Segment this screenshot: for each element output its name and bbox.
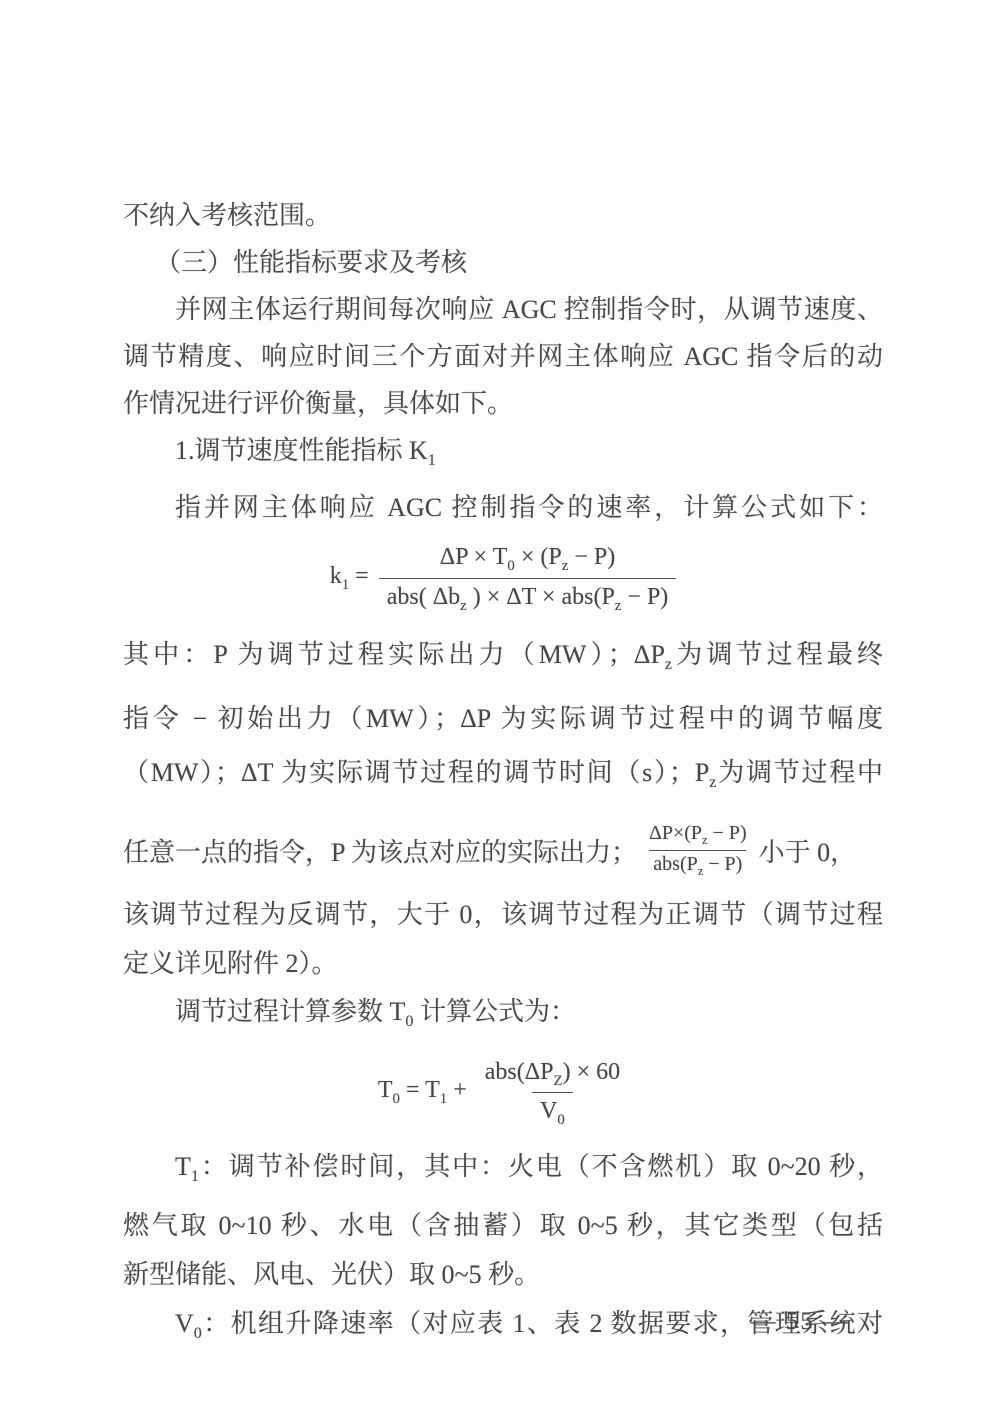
- paragraph-definitions-line-2: 指令 − 初始出力（MW）；ΔP 为实际调节过程中的调节幅度: [123, 692, 883, 746]
- subscript: 1: [191, 1168, 199, 1185]
- paragraph-t1-line-2: 燃气取 0~10 秒、水电（含抽蓄）取 0~5 秒，其它类型（包括: [123, 1201, 883, 1250]
- line-exclusion-note: 不纳入考核范围。: [123, 192, 883, 239]
- subscript: 1: [428, 452, 436, 469]
- subscript: 0: [194, 1326, 202, 1343]
- heading-k1-text: 1.调节速度性能指标 K: [175, 436, 428, 465]
- formula-t0: T0 = T1 + abs(ΔPZ) × 60 V0: [123, 1056, 883, 1131]
- formula-k1-denominator: abs( Δbz ) × ΔT × abs(Pz − P): [379, 578, 677, 616]
- subscript: 0: [557, 1112, 564, 1128]
- paragraph-definitions-line-5: 该调节过程为反调节，大于 0，该调节过程为正调节（调节过程: [123, 890, 883, 939]
- paragraph-definitions-line-6: 定义详见附件 2）。: [123, 939, 883, 988]
- formula-k1-lhs: k1 =: [330, 563, 369, 594]
- document-page: 不纳入考核范围。 （三）性能指标要求及考核 并网主体运行期间每次响应 AGC 控…: [0, 0, 1000, 1414]
- paragraph-intro-line-2: 调节精度、响应时间三个方面对并网主体响应 AGC 指令后的动: [123, 333, 883, 380]
- subscript: z: [665, 656, 672, 673]
- heading-k1-indicator: 1.调节速度性能指标 K1: [123, 427, 883, 484]
- subscript: 0: [507, 558, 514, 574]
- inline-fraction: ΔP×(Pz − P) abs(Pz − P): [645, 821, 751, 879]
- document-body: 不纳入考核范围。 （三）性能指标要求及考核 并网主体运行期间每次响应 AGC 控…: [123, 192, 883, 1359]
- paragraph-t1-line-1: T1：调节补偿时间，其中：火电（不含燃机）取 0~20 秒，: [123, 1142, 883, 1201]
- formula-k1: k1 = ΔP × T0 × (Pz − P) abs( Δbz ) × ΔT …: [123, 541, 883, 616]
- subscript: z: [460, 598, 467, 614]
- inline-fraction-numerator: ΔP×(Pz − P): [645, 821, 751, 850]
- heading-section-3: （三）性能指标要求及考核: [123, 239, 883, 286]
- formula-t0-fraction: abs(ΔPZ) × 60 V0: [477, 1056, 628, 1131]
- inline-text-after-fraction: 小于 0，: [759, 832, 857, 869]
- paragraph-intro-line-3: 作情况进行评价衡量，具体如下。: [123, 380, 883, 427]
- subscript: Z: [554, 1072, 563, 1088]
- paragraph-t0-intro: 调节过程计算参数 T0 计算公式为：: [123, 988, 883, 1045]
- paragraph-k1-desc: 指并网主体响应 AGC 控制指令的速率，计算公式如下：: [123, 484, 883, 531]
- inline-text-before-fraction: 任意一点的指令，P 为该点对应的实际出力；: [123, 832, 637, 869]
- paragraph-t1-line-3: 新型储能、风电、光伏）取 0~5 秒。: [123, 1250, 883, 1299]
- formula-t0-numerator: abs(ΔPZ) × 60: [477, 1056, 628, 1093]
- paragraph-definitions-line-3: （MW）；ΔT 为实际调节过程的调节时间（s）；Pz为调节过程中: [123, 746, 883, 810]
- formula-k1-fraction: ΔP × T0 × (Pz − P) abs( Δbz ) × ΔT × abs…: [379, 541, 677, 616]
- paragraph-definitions-line-1: 其中：P 为调节过程实际出力（MW）；ΔPz为调节过程最终: [123, 628, 883, 692]
- formula-t0-lhs: T0 = T1 +: [378, 1077, 467, 1108]
- inline-fraction-denominator: abs(Pz − P): [649, 850, 746, 880]
- paragraph-definitions-line-4: 任意一点的指令，P 为该点对应的实际出力； ΔP×(Pz − P) abs(Pz…: [123, 810, 883, 890]
- page-number: — 55 —: [751, 1308, 851, 1336]
- paragraph-intro-line-1: 并网主体运行期间每次响应 AGC 控制指令时，从调节速度、: [123, 286, 883, 333]
- subscript: 0: [393, 1091, 400, 1107]
- formula-t0-denominator: V0: [532, 1092, 573, 1130]
- formula-k1-numerator: ΔP × T0 × (Pz − P): [432, 541, 623, 578]
